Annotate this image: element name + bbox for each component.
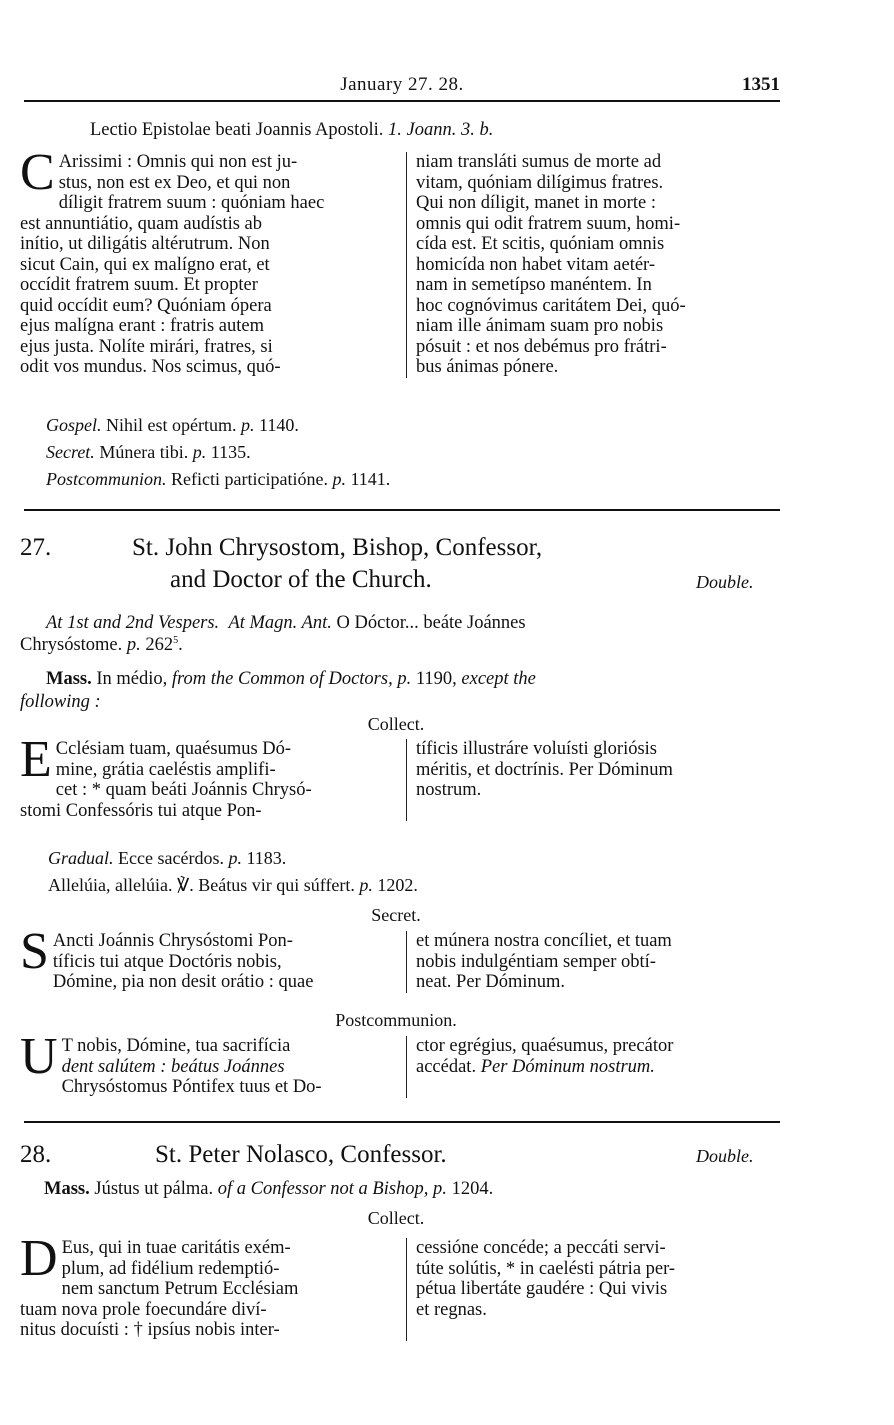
dropcap-s: S [20, 931, 49, 973]
text-line: nobis indulgéntiam semper obtí- [416, 952, 792, 973]
gospel-reference: Gospel. Nihil est opértum. p. 1140. [46, 414, 299, 436]
text-line: ejus malígna erant : fratris autem [20, 316, 396, 337]
text-line: Chrysóstomus Póntifex tuus et Do- [20, 1077, 396, 1098]
ref-text: Ecce sacérdos. [118, 848, 224, 868]
dropcap-u: U [20, 1036, 58, 1078]
mass-rubric: Mass. In médio, from the Common of Docto… [46, 669, 536, 690]
ref-text: Múnera tibi. [99, 442, 188, 462]
gradual-reference: Gradual. Ecce sacérdos. p. 1183. [48, 847, 286, 869]
mass-rubric-text: of a Confessor not a Bishop, p. [218, 1179, 447, 1199]
text-line: pósuit : et nos debémus pro frátri- [416, 337, 792, 358]
text-line: stus, non est ex Deo, et qui non [20, 173, 396, 194]
section-divider [24, 1121, 780, 1123]
text-line: cessióne concéde; a peccáti servi- [416, 1238, 792, 1259]
ref-page: 1202. [377, 875, 418, 895]
text-line: T nobis, Dómine, tua sacrifícia [20, 1036, 396, 1057]
text-line: tíficis tui atque Doctóris nobis, [20, 952, 396, 973]
alleluia-reference: Allelúia, allelúia. ℣. Beátus vir qui sú… [48, 874, 418, 896]
ref-text: Reficti participatióne. [171, 469, 328, 489]
feast-27-title-line1: St. John Chrysostom, Bishop, Confessor, [132, 533, 542, 563]
postcommunion-reference: Postcommunion. Reficti participatióne. p… [46, 468, 390, 490]
text-line: vitam, quóniam dilígimus fratres. [416, 173, 792, 194]
epistle-right-column: niam transláti sumus de morte ad vitam, … [407, 152, 792, 378]
feast-27-rank: Double. [696, 572, 754, 593]
text-line: nostrum. [416, 780, 792, 801]
feast-27-day: 27. [20, 533, 51, 563]
text-line: et regnas. [416, 1300, 792, 1321]
ref-page-prefix: p. [359, 875, 373, 895]
text-line: omnis qui odit fratrem suum, homi- [416, 214, 792, 235]
text-line: cída est. Et scitis, quóniam omnis [416, 234, 792, 255]
ref-label: Gradual. [48, 848, 114, 868]
text-line: niam transláti sumus de morte ad [416, 152, 792, 173]
mass-introit: Jústus ut pálma. [94, 1179, 213, 1199]
dropcap-d: D [20, 1238, 58, 1280]
text-line: inítio, ut diligátis altérutrum. Non [20, 234, 396, 255]
text-line: ctor egrégius, quaésumus, precátor [416, 1036, 792, 1057]
text-line: cet : * quam beáti Joánnis Chrysó- [20, 780, 396, 801]
mass-label: Mass. [44, 1179, 90, 1199]
page-prefix: p. [127, 635, 141, 655]
text-line: pétua libertáte gaudére : Qui vivis [416, 1279, 792, 1300]
text-line: odit vos mundus. Nos scimus, quó- [20, 357, 396, 378]
text-line: sicut Cain, qui ex malígno erat, et [20, 255, 396, 276]
epistle-heading: Lectio Epistolae beati Joannis Apostoli.… [90, 120, 493, 141]
text-line: hoc cognóvimus caritátem Dei, quó- [416, 296, 792, 317]
postcommunion-27-body: U T nobis, Dómine, tua sacrifícia dent s… [20, 1036, 792, 1098]
text-line: nam in semetípso manéntem. In [416, 275, 792, 296]
text-line: díligit fratrem suum : quóniam haec [20, 193, 396, 214]
secret-reference: Secret. Múnera tibi. p. 1135. [46, 441, 251, 463]
collect-28-body: D Eus, qui in tuae caritátis exém- plum,… [20, 1238, 792, 1341]
text-line: bus ánimas pónere. [416, 357, 792, 378]
postcommunion-27-right-column: ctor egrégius, quaésumus, precátor accéd… [407, 1036, 792, 1098]
ref-label: Postcommunion. [46, 469, 167, 489]
feast-27-title-line2: and Doctor of the Church. [170, 565, 432, 595]
mass-rubric-text2: except the [461, 669, 535, 689]
page-title: January 27. 28. [24, 74, 780, 96]
collect-28-heading: Collect. [20, 1208, 772, 1229]
text-line: tíficis illustráre voluísti gloriósis [416, 739, 792, 760]
vespers-label: At 1st and 2nd Vespers. [46, 613, 219, 633]
text-line: tuam nova prole foecundáre diví- [20, 1300, 396, 1321]
dropcap-e: E [20, 739, 52, 781]
epistle-body: C Arissimi : Omnis qui non est ju- stus,… [20, 152, 792, 378]
collect-28-right-column: cessióne concéde; a peccáti servi- túte … [407, 1238, 792, 1341]
ref-page: 1135. [211, 442, 251, 462]
secret-heading: Secret. [20, 905, 772, 926]
ref-page-prefix: p. [228, 848, 242, 868]
mass-28-rubric: Mass. Jústus ut pálma. of a Confessor no… [44, 1179, 493, 1200]
mass-label: Mass. [46, 669, 92, 689]
ref-page: 1141. [350, 469, 390, 489]
alleluia-verse: Beátus vir qui súffert. [198, 875, 355, 895]
ref-page-prefix: p. [332, 469, 346, 489]
page-superscript: 5 [173, 635, 178, 646]
collect-28-left-column: D Eus, qui in tuae caritátis exém- plum,… [20, 1238, 407, 1341]
secret-27-right-column: et múnera nostra concíliet, et tuam nobi… [407, 931, 792, 993]
text-line: homicída non habet vitam aetér- [416, 255, 792, 276]
text-line: Cclésiam tuam, quaésumus Dó- [20, 739, 396, 760]
text-line: nem sanctum Petrum Ecclésiam [20, 1279, 396, 1300]
ref-label: Gospel. [46, 415, 102, 435]
text-line: quid occídit eum? Quóniam ópera [20, 296, 396, 317]
text-line: Arissimi : Omnis qui non est ju- [20, 152, 396, 173]
text-line-conclusion: Per Dóminum nostrum. [481, 1057, 655, 1077]
text-line: est annuntiátio, quam audístis ab [20, 214, 396, 235]
page-number: 1351 [742, 74, 780, 96]
ref-label: Secret. [46, 442, 95, 462]
collect-27-right-column: tíficis illustráre voluísti gloriósis mé… [407, 739, 792, 821]
text-line: plum, ad fidélium redemptió- [20, 1259, 396, 1280]
epistle-heading-text: Lectio Epistolae beati Joannis Apostoli. [90, 120, 383, 140]
text-line: occídit fratrem suum. Et propter [20, 275, 396, 296]
collect-heading: Collect. [20, 714, 772, 735]
versicle-icon: ℣. [177, 875, 194, 895]
ref-text: Nihil est opértum. [106, 415, 236, 435]
text-line: ejus justa. Nolíte mirári, fratres, si [20, 337, 396, 358]
ref-page: 1140. [259, 415, 299, 435]
page-ref: 262 [145, 635, 173, 655]
collect-27-left-column: E Cclésiam tuam, quaésumus Dó- mine, grá… [20, 739, 407, 821]
epistle-citation: 1. Joann. 3. b. [388, 120, 493, 140]
vespers-text: O Dóctor... beáte Joánnes [337, 613, 526, 633]
postcommunion-27-left-column: U T nobis, Dómine, tua sacrifícia dent s… [20, 1036, 407, 1098]
ref-page-prefix: p. [193, 442, 207, 462]
vespers-text-cont: Chrysóstome. [20, 635, 122, 655]
text-line: Dómine, pia non desit orátio : quae [20, 972, 396, 993]
dropcap-c: C [20, 152, 55, 194]
ref-page: 1183. [246, 848, 286, 868]
ref-page-prefix: p. [241, 415, 255, 435]
feast-28-rank: Double. [696, 1146, 754, 1167]
text-line: et múnera nostra concíliet, et tuam [416, 931, 792, 952]
mass-introit: In médio, [96, 669, 167, 689]
mass-page: 1190, [416, 669, 457, 689]
mass-rubric-cont: following : [20, 692, 101, 713]
mass-page: 1204. [452, 1179, 494, 1199]
running-head: January 27. 28. 1351 [24, 74, 780, 102]
alleluia-text: Allelúia, allelúia. [48, 875, 172, 895]
text-line: dent salútem : beátus Joánnes [20, 1057, 396, 1078]
secret-27-left-column: S Ancti Joánnis Chrysóstomi Pon- tíficis… [20, 931, 407, 993]
text-line: méritis, et doctrínis. Per Dóminum [416, 760, 792, 781]
text-line: Eus, qui in tuae caritátis exém- [20, 1238, 396, 1259]
vespers-rubric: At 1st and 2nd Vespers. At Magn. Ant. O … [46, 611, 776, 635]
text-line: niam ille ánimam suam pro nobis [416, 316, 792, 337]
text-line: stomi Confessóris tui atque Pon- [20, 801, 396, 822]
feast-28-day: 28. [20, 1140, 51, 1170]
mass-rubric-text: from the Common of Doctors, p. [172, 669, 411, 689]
section-divider [24, 509, 780, 511]
collect-27-body: E Cclésiam tuam, quaésumus Dó- mine, grá… [20, 739, 792, 821]
text-line: nitus docuísti : † ipsíus nobis inter- [20, 1320, 396, 1341]
feast-28-title: St. Peter Nolasco, Confessor. [155, 1140, 447, 1170]
text-line: Ancti Joánnis Chrysóstomi Pon- [20, 931, 396, 952]
text-line: mine, grátia caeléstis amplifi- [20, 760, 396, 781]
vespers-rubric-cont: Chrysóstome. p. 2625. [20, 635, 183, 656]
text-line: neat. Per Dóminum. [416, 972, 792, 993]
secret-27-body: S Ancti Joánnis Chrysóstomi Pon- tíficis… [20, 931, 792, 993]
text-line: accédat. [416, 1057, 476, 1077]
text-line: Qui non díligit, manet in morte : [416, 193, 792, 214]
magnificat-label: At Magn. Ant. [228, 613, 331, 633]
text-line: túte solútis, * in caelésti pátria per- [416, 1259, 792, 1280]
postcommunion-heading: Postcommunion. [20, 1010, 772, 1031]
epistle-left-column: C Arissimi : Omnis qui non est ju- stus,… [20, 152, 407, 378]
